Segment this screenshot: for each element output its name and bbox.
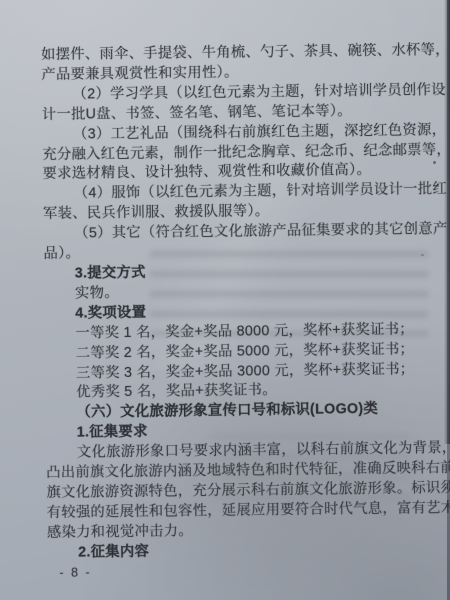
document-photo: 如摆件、雨伞、手提袋、牛角梳、勺子、茶具、碗筷、水杯等，产品要兼具观赏性和实用性…: [0, 0, 450, 600]
document-lines: 如摆件、雨伞、手提袋、牛角梳、勺子、茶具、碗筷、水杯等，产品要兼具观赏性和实用性…: [41, 41, 437, 563]
photo-right-edge-shadow: [444, 0, 450, 444]
dust-speck: [421, 254, 424, 256]
dust-speck: [437, 184, 439, 187]
dust-speck: [433, 161, 436, 164]
document-text-block: 如摆件、雨伞、手提袋、牛角梳、勺子、茶具、碗筷、水杯等，产品要兼具观赏性和实用性…: [41, 41, 438, 583]
